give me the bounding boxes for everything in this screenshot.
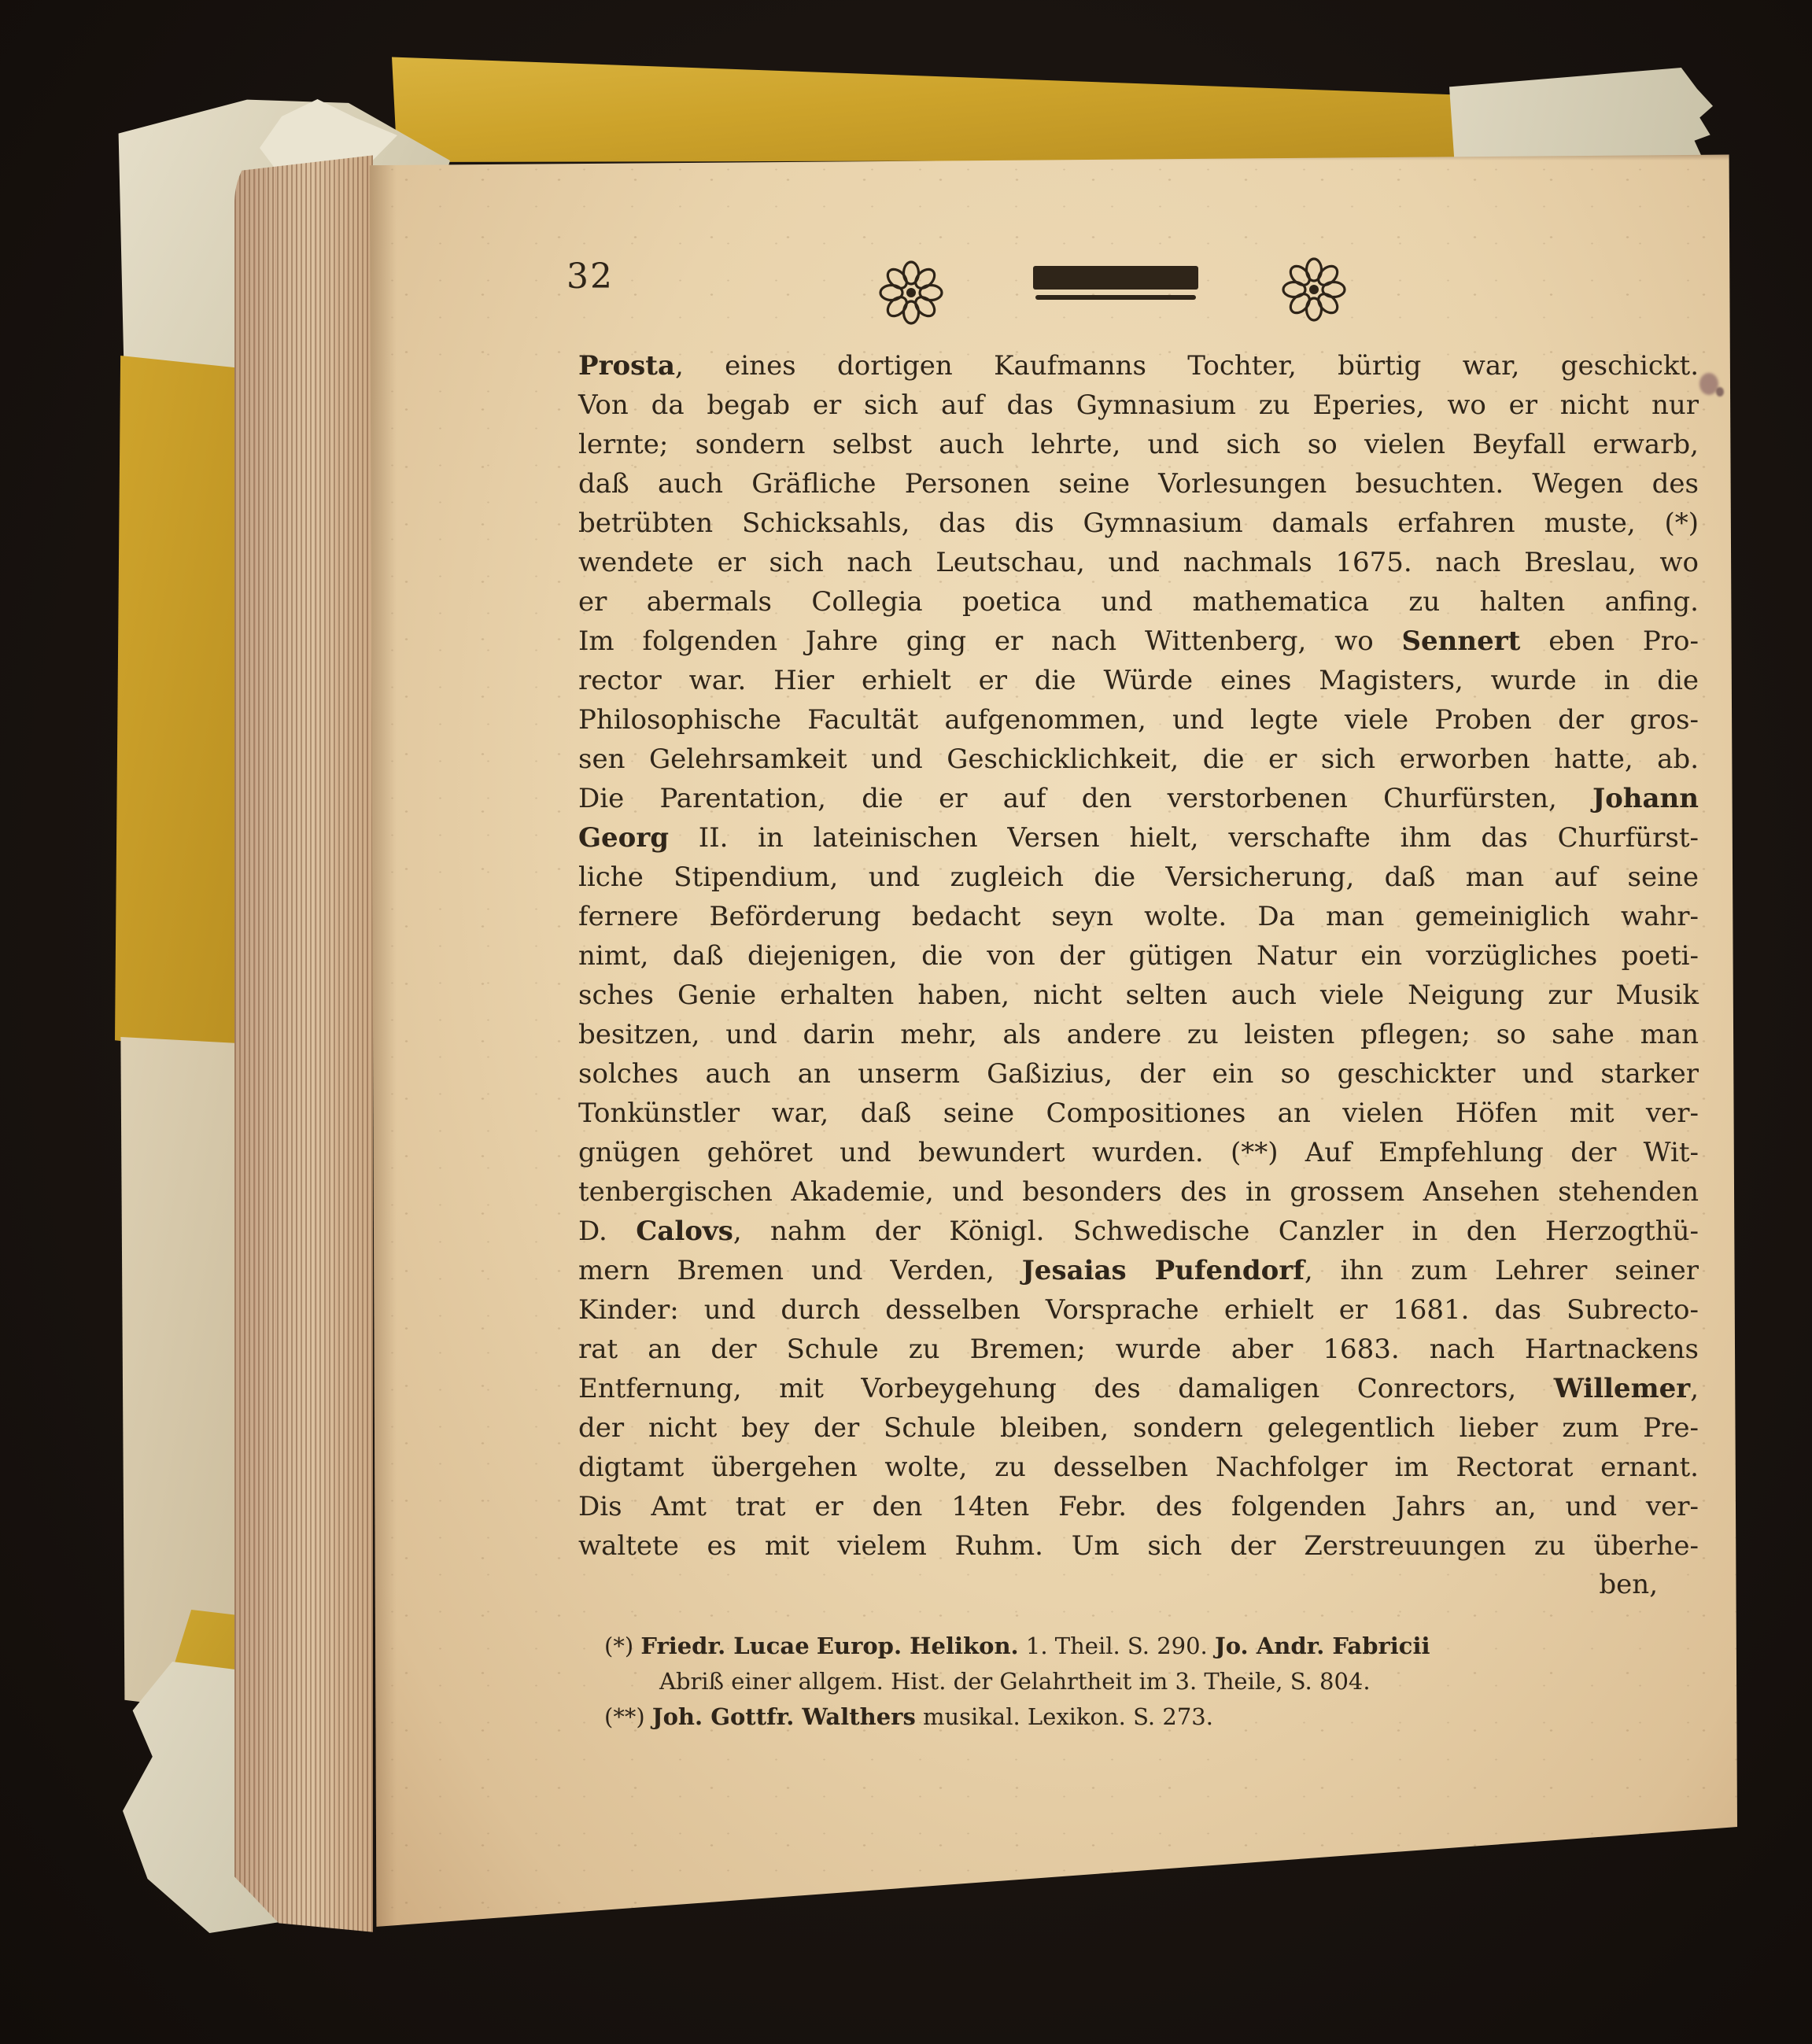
text-segment: D. [578,1216,636,1247]
text-segment: gnügen gehöret und bewundert wurden. (**… [578,1137,1699,1168]
body-line: D. Calovs, nahm der Königl. Schwedische … [578,1212,1699,1251]
body-line: rector war. Hier erhielt er die Würde ei… [578,661,1699,700]
body-line: solches auch an unserm Gaßizius, der ein… [578,1054,1699,1094]
text-segment: Kinder: und durch desselben Vorsprache e… [578,1294,1699,1326]
body-line: gnügen gehöret und bewundert wurden. (**… [578,1133,1699,1172]
book-cover-left-edge [115,356,255,1054]
text-segment: rat an der Schule zu Bremen; wurde aber … [578,1334,1699,1365]
text-segment: digtamt übergehen wolte, zu desselben Na… [578,1452,1699,1483]
text-segment: 1. Theil. S. 290. [1019,1633,1215,1659]
emphasized-name: Europ. Helikon. [817,1633,1019,1659]
body-line: fernere Beförderung bedacht seyn wolte. … [578,897,1699,936]
body-line: Die Parentation, die er auf den verstorb… [578,779,1699,818]
body-line: Entfernung, mit Vorbeygehung des damalig… [578,1369,1699,1408]
text-segment: eben Pro- [1520,625,1699,657]
page-stack-fore-edge [234,146,373,1934]
spine-cloth-top-right [1449,68,1713,164]
rosette-icon [878,260,944,326]
body-line: rat an der Schule zu Bremen; wurde aber … [578,1330,1699,1369]
header-double-rule [1033,266,1198,300]
text-segment: daß auch Gräfliche Personen seine Vorles… [578,468,1699,500]
body-line: daß auch Gräfliche Personen seine Vorles… [578,464,1699,504]
paper-stain-small [1716,387,1724,397]
body-line: Von da begab er sich auf das Gymnasium z… [578,386,1699,425]
page-number: 32 [566,256,614,297]
text-segment: Philosophische Facultät aufgenommen, und… [578,704,1699,736]
text-segment [810,1633,817,1659]
text-segment: (*) [604,1633,640,1659]
emphasized-name: Jo. Andr. Fabricii [1215,1633,1430,1659]
text-segment: tenbergischen Akademie, und besonders de… [578,1176,1699,1208]
footnotes: (*) Friedr. Lucae Europ. Helikon. 1. The… [604,1629,1729,1735]
emphasized-name: Johann [1592,783,1699,814]
emphasized-name: Calovs [636,1216,733,1247]
emphasized-name: Jesaias Pufendorf [1022,1255,1305,1286]
text-segment: Im folgenden Jahre ging er nach Wittenbe… [578,625,1402,657]
emphasized-name: Joh. Gottfr. Walthers [652,1703,916,1730]
body-line: besitzen, und darin mehr, als andere zu … [578,1015,1699,1054]
cover-pastedown-left [118,1037,250,1714]
text-segment: , nahm der Königl. Schwedische Canzler i… [733,1216,1699,1247]
text-segment: waltete es mit vielem Ruhm. Um sich der … [578,1530,1699,1562]
book-cover-top-edge [392,50,1463,162]
header-rule-thick [1033,266,1198,290]
header-rule-thin [1035,295,1196,300]
body-line: er abermals Collegia poetica und mathema… [578,582,1699,622]
text-segment: solches auch an unserm Gaßizius, der ein… [578,1058,1699,1090]
text-segment: mern Bremen und Verden, [578,1255,1022,1286]
body-line: Dis Amt trat er den 14ten Febr. des folg… [578,1487,1699,1526]
body-line: Georg II. in lateinischen Versen hielt, … [578,818,1699,858]
text-segment: Tonkünstler war, daß seine Compositiones… [578,1098,1699,1129]
body-line: betrübten Schicksahls, das dis Gymnasium… [578,504,1699,543]
body-line: nimt, daß diejenigen, die von der gütige… [578,936,1699,976]
emphasized-name: Prosta [578,350,675,382]
text-segment: sen Gelehrsamkeit und Geschicklichkeit, … [578,743,1699,775]
emphasized-name: Georg [578,822,669,854]
scan-background: 32 [0,0,1812,2044]
emphasized-name: Friedr. Lucae [640,1633,809,1659]
body-text: Prosta, eines dortigen Kaufmanns Tochter… [578,346,1699,1566]
text-segment: lernte; sondern selbst auch lehrte, und … [578,429,1699,460]
text-segment: fernere Beförderung bedacht seyn wolte. … [578,901,1699,932]
body-line: lernte; sondern selbst auch lehrte, und … [578,425,1699,464]
text-segment: nimt, daß diejenigen, die von der gütige… [578,940,1699,972]
text-segment: Die Parentation, die er auf den verstorb… [578,783,1592,814]
text-segment: rector war. Hier erhielt er die Würde ei… [578,665,1699,696]
body-line: tenbergischen Akademie, und besonders de… [578,1172,1699,1212]
body-line: der nicht bey der Schule bleiben, sonder… [578,1408,1699,1448]
text-segment: der nicht bey der Schule bleiben, sonder… [578,1412,1699,1444]
emphasized-name: Sennert [1402,625,1521,657]
text-segment: musikal. Lexikon. S. 273. [916,1703,1213,1730]
text-segment: Entfernung, mit Vorbeygehung des damalig… [578,1373,1554,1404]
body-line: Kinder: und durch desselben Vorsprache e… [578,1290,1699,1330]
body-line: wendete er sich nach Leutschau, und nach… [578,543,1699,582]
text-segment: sches Genie erhalten haben, nicht selten… [578,980,1699,1011]
book-page: 32 [368,151,1737,1934]
text-segment: Dis Amt trat er den 14ten Febr. des folg… [578,1491,1699,1522]
rosette-icon [1281,256,1347,323]
body-line: Tonkünstler war, daß seine Compositiones… [578,1094,1699,1133]
text-segment: er abermals Collegia poetica und mathema… [578,586,1699,618]
catchword: ben, [578,1569,1699,1600]
text-segment: besitzen, und darin mehr, als andere zu … [578,1019,1699,1050]
text-segment: (**) [604,1703,652,1730]
text-segment: Von da begab er sich auf das Gymnasium z… [578,389,1699,421]
body-line: Prosta, eines dortigen Kaufmanns Tochter… [578,346,1699,386]
body-line: sen Gelehrsamkeit und Geschicklichkeit, … [578,740,1699,779]
text-segment: , [1690,1373,1699,1404]
emphasized-name: Willemer [1554,1373,1691,1404]
text-segment: II. in lateinischen Versen hielt, versch… [669,822,1699,854]
footnote-line: (*) Friedr. Lucae Europ. Helikon. 1. The… [604,1629,1729,1664]
text-segment: wendete er sich nach Leutschau, und nach… [578,547,1699,578]
text-segment: liche Stipendium, und zugleich die Versi… [578,862,1699,893]
text-segment: , ihn zum Lehrer seiner [1305,1255,1699,1286]
footnote-line: Abriß einer allgem. Hist. der Gelahrthei… [604,1664,1729,1699]
footnote-line: (**) Joh. Gottfr. Walthers musikal. Lexi… [604,1699,1729,1735]
text-segment: , eines dortigen Kaufmanns Tochter, bürt… [675,350,1699,382]
text-segment: Abriß einer allgem. Hist. der Gelahrthei… [659,1668,1371,1695]
body-line: digtamt übergehen wolte, zu desselben Na… [578,1448,1699,1487]
body-line: Philosophische Facultät aufgenommen, und… [578,700,1699,740]
body-line: sches Genie erhalten haben, nicht selten… [578,976,1699,1015]
body-line: Im folgenden Jahre ging er nach Wittenbe… [578,622,1699,661]
text-segment: betrübten Schicksahls, das dis Gymnasium… [578,507,1699,539]
body-line: mern Bremen und Verden, Jesaias Pufendor… [578,1251,1699,1290]
body-line: liche Stipendium, und zugleich die Versi… [578,858,1699,897]
body-line: waltete es mit vielem Ruhm. Um sich der … [578,1526,1699,1566]
